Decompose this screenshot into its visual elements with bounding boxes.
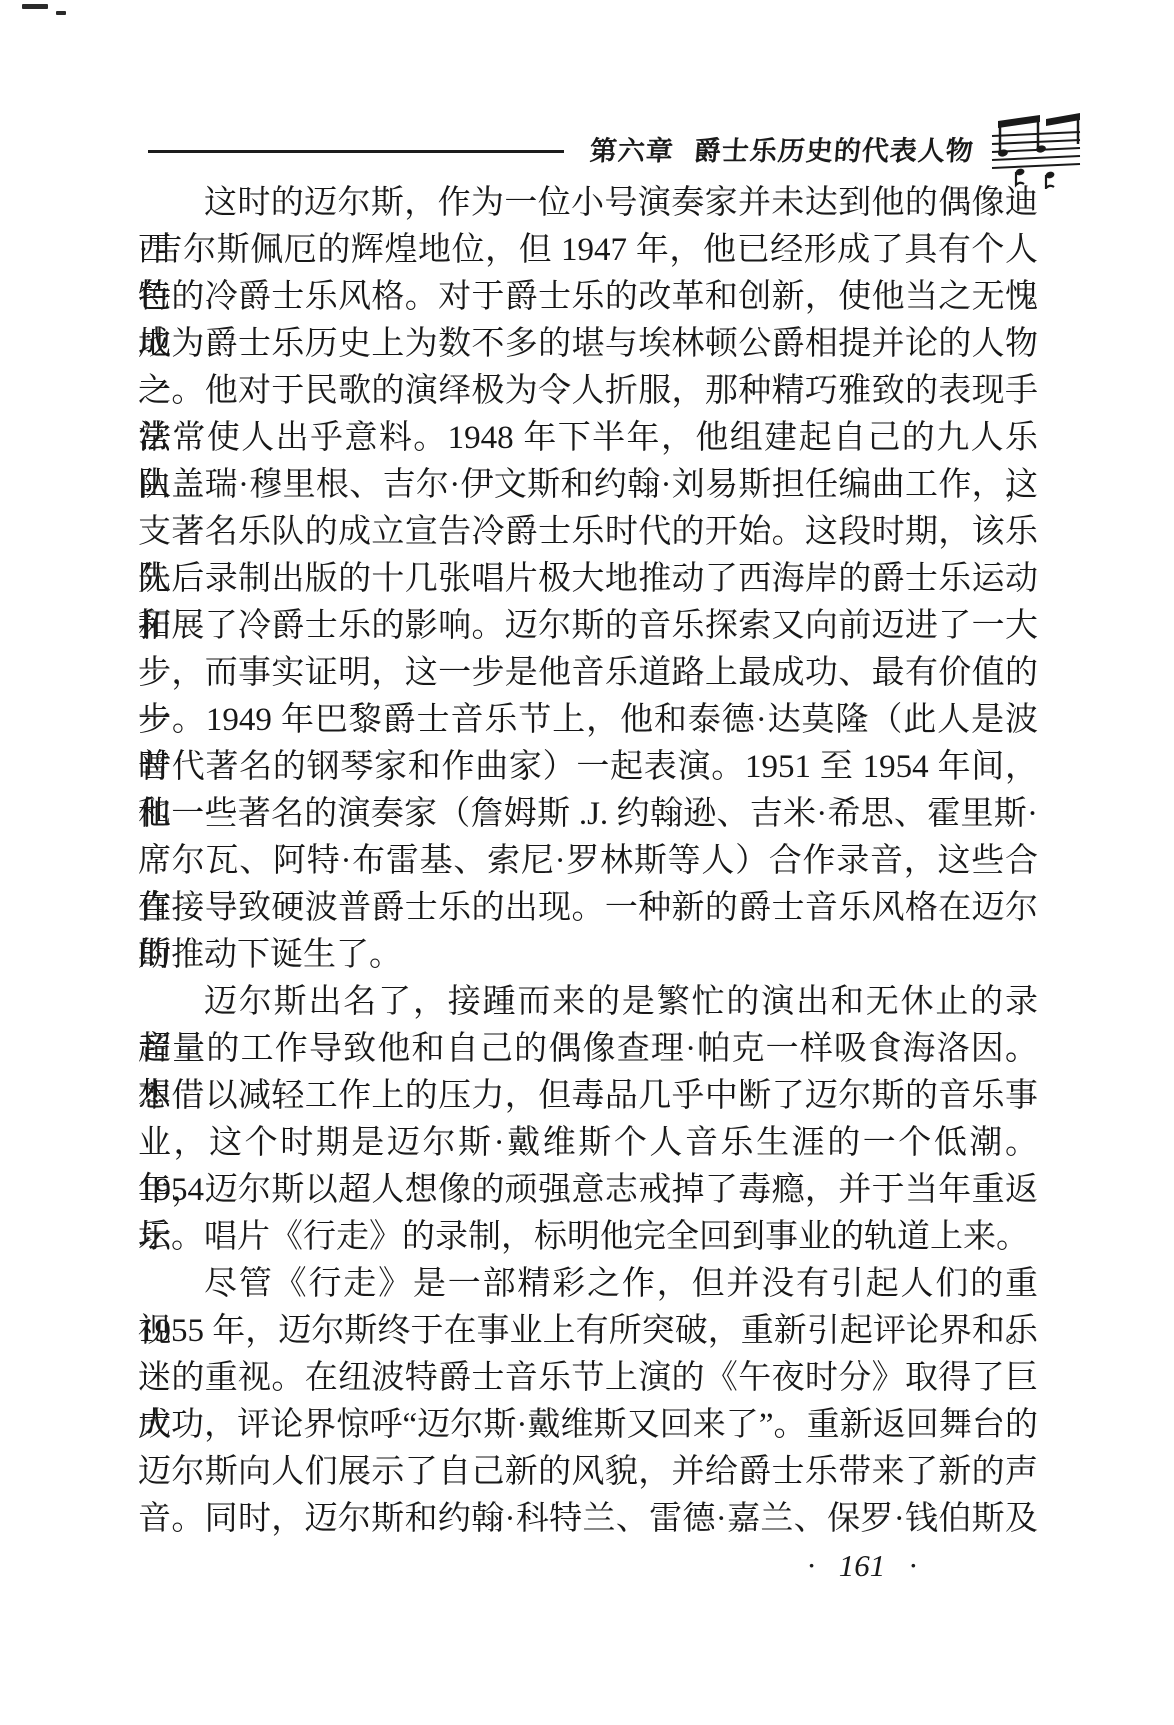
book-page: 第六章 爵士乐历史的代表人物 [0, 0, 1174, 1725]
chapter-number: 第六章 [589, 129, 676, 168]
scan-speck [56, 11, 66, 15]
text-line: 直接导致硬波普爵士乐的出现。一种新的爵士音乐风格在迈尔斯 [138, 885, 1038, 932]
text-line: 年，迈尔斯以超人想像的顽强意志戒掉了毒瘾，并于当年重返乐 [138, 1167, 1038, 1214]
text-line: 成功，评论界惊呼“迈尔斯·戴维斯又回来了”。重新返回舞台的 [138, 1402, 1038, 1449]
text-line: 色的冷爵士乐风格。对于爵士乐的改革和创新，使他当之无愧地 [138, 274, 1038, 321]
text-line: 常常使人出乎意料。1948 年下半年，他组建起自己的九人乐队， [138, 415, 1038, 462]
text-line: 迷的重视。在纽波特爵士音乐节上演的《午夜时分》取得了巨大 [138, 1355, 1038, 1402]
text-line: 先后录制出版的十几张唱片极大地推动了西海岸的爵士乐运动和 [138, 556, 1038, 603]
text-line: 坛。唱片《行走》的录制，标明他完全回到事业的轨道上来。 [138, 1214, 1038, 1261]
page-body: 这时的迈尔斯，作为一位小号演奏家并未达到他的偶像迪西·吉尔斯佩厄的辉煌地位，但 … [138, 180, 1038, 1543]
text-line: 迈尔斯向人们展示了自己新的风貌，并给爵士乐带来了新的声 [138, 1449, 1038, 1496]
text-line: 业，这个时期是迈尔斯·戴维斯个人音乐生涯的一个低潮。1954 [138, 1120, 1038, 1167]
text-line: 时代著名的钢琴家和作曲家）一起表演。1951 至 1954 年间，他 [138, 744, 1038, 791]
text-line: 一。他对于民歌的演绎极为令人折服，那种精巧雅致的表现手法 [138, 368, 1038, 415]
chapter-header: 第六章 爵士乐历史的代表人物 [148, 108, 1040, 188]
text-line: 和一些著名的演奏家（詹姆斯 .J. 约翰逊、吉米·希思、霍里斯· [138, 791, 1038, 838]
text-line: 由盖瑞·穆里根、吉尔·伊文斯和约翰·刘易斯担任编曲工作，这 [138, 462, 1038, 509]
chapter-title: 爵士乐历史的代表人物 [693, 129, 976, 168]
text-line: 成为爵士乐历史上为数不多的堪与埃林顿公爵相提并论的人物之 [138, 321, 1038, 368]
scan-speck [22, 4, 48, 9]
text-line: 步。1949 年巴黎爵士音乐节上，他和泰德·达莫隆（此人是波普 [138, 697, 1038, 744]
text-line: ·吉尔斯佩厄的辉煌地位，但 1947 年，他已经形成了具有个人特 [138, 227, 1038, 274]
text-line: 支著名乐队的成立宣告冷爵士乐时代的开始。这段时期，该乐队 [138, 509, 1038, 556]
text-line: 迈尔斯出名了，接踵而来的是繁忙的演出和无休止的录音。 [138, 979, 1038, 1026]
text-line: 想借以减轻工作上的压力，但毒品几乎中断了迈尔斯的音乐事 [138, 1073, 1038, 1120]
text-line: 的推动下诞生了。 [138, 932, 1038, 979]
text-line: 拓展了冷爵士乐的影响。迈尔斯的音乐探索又向前迈进了一大 [138, 603, 1038, 650]
header-rule [148, 150, 564, 153]
text-line: 超量的工作导致他和自己的偶像查理·帕克一样吸食海洛因。本 [138, 1026, 1038, 1073]
page-number-text: · 161 · [807, 1548, 917, 1583]
text-line: 席尔瓦、阿特·布雷基、索尼·罗林斯等人）合作录音，这些合作 [138, 838, 1038, 885]
text-line: 步，而事实证明，这一步是他音乐道路上最成功、最有价值的一 [138, 650, 1038, 697]
page-number: · 161 · [762, 1548, 962, 1584]
text-line: 这时的迈尔斯，作为一位小号演奏家并未达到他的偶像迪西 [138, 180, 1038, 227]
text-line: 音。同时，迈尔斯和约翰·科特兰、雷德·嘉兰、保罗·钱伯斯及 [138, 1496, 1038, 1543]
text-line: 1955 年，迈尔斯终于在事业上有所突破，重新引起评论界和乐 [138, 1308, 1038, 1355]
text-line: 尽管《行走》是一部精彩之作，但并没有引起人们的重视。 [138, 1261, 1038, 1308]
